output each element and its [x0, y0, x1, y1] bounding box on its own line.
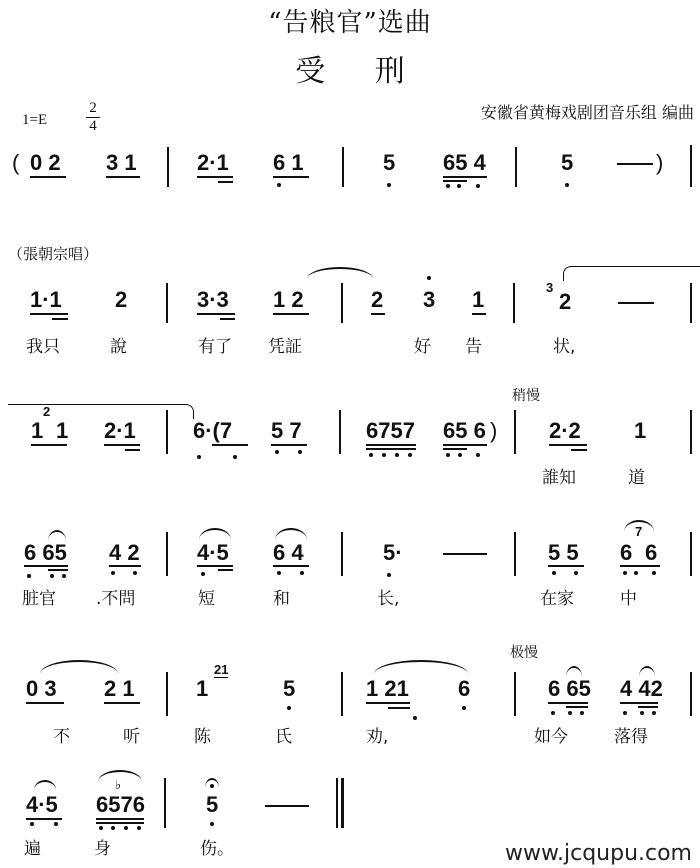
underline [566, 706, 588, 708]
low-octave-dot [565, 183, 569, 187]
barline [341, 532, 343, 576]
note-group: 4·5 [197, 540, 229, 566]
barline [166, 672, 168, 716]
underline [273, 313, 309, 315]
note: 1 [31, 418, 43, 444]
low-octave-dot [50, 574, 54, 578]
underline [273, 176, 309, 178]
low-octave-dot [462, 706, 466, 710]
barline [166, 410, 168, 454]
lyric: 說 [110, 332, 127, 357]
note-group: 6757 [366, 418, 415, 444]
low-octave-dot [275, 450, 279, 454]
lyric: 遍 [24, 834, 41, 859]
underline [620, 565, 660, 567]
underline [197, 313, 235, 315]
final-barline-thin [336, 778, 338, 828]
slur [566, 666, 582, 677]
underline [366, 702, 410, 704]
low-octave-dot [233, 455, 237, 459]
underline [24, 565, 68, 567]
note-group: 0 3 [26, 676, 57, 702]
paren-close: ) [490, 418, 497, 444]
lyric: 我只 [26, 332, 60, 357]
underline [638, 706, 658, 708]
low-octave-dot [457, 184, 461, 188]
low-octave-dot [580, 711, 584, 715]
underline [218, 569, 233, 571]
underline [548, 565, 584, 567]
underline [52, 318, 68, 320]
underline [371, 313, 385, 315]
lyric: 身 [94, 834, 111, 859]
underline [109, 565, 141, 567]
lyric: 状, [553, 332, 575, 357]
key-signature: 1=E [22, 112, 47, 129]
underline [271, 444, 307, 446]
note-group: 6 65 [24, 540, 67, 566]
low-octave-dot [652, 711, 656, 715]
barline [514, 532, 516, 576]
flat-sign: ♭ [115, 778, 121, 793]
slur [48, 530, 66, 541]
note: 1 [196, 676, 208, 702]
note-group: 4·5 [26, 792, 58, 818]
note-group: 5 5 [548, 540, 579, 566]
low-octave-dot [27, 574, 31, 578]
paren-open: ( [12, 150, 19, 176]
lyric: 凭証 [268, 332, 302, 357]
slur [275, 528, 307, 540]
underline [220, 318, 235, 320]
barline [514, 672, 516, 716]
underline [96, 818, 144, 820]
note-group: 6 4 [273, 540, 304, 566]
low-octave-dot [395, 453, 399, 457]
barline [690, 410, 692, 454]
low-octave-dot [133, 571, 137, 575]
extension-dash [265, 805, 309, 807]
barline [339, 410, 341, 454]
low-octave-dot [30, 822, 34, 826]
note: 2 [115, 287, 127, 313]
lyric: 道 [628, 463, 645, 488]
lyric: 伤。 [200, 834, 234, 859]
underline [197, 565, 233, 567]
low-octave-dot [111, 826, 115, 830]
paren-close: ) [656, 150, 663, 176]
note-group: 1 21 [366, 676, 409, 702]
note-group: 2·1 [104, 418, 136, 444]
underline [212, 444, 248, 446]
barline [167, 147, 169, 187]
note-group: 6·(7 [193, 418, 232, 444]
low-octave-dot [640, 711, 644, 715]
note: 1 [472, 287, 484, 313]
underline [48, 569, 68, 571]
note: 5 [206, 792, 218, 818]
low-octave-dot [99, 826, 103, 830]
time-numerator: 2 [86, 100, 100, 118]
low-octave-dot [408, 453, 412, 457]
barline [514, 410, 516, 454]
low-octave-dot [54, 822, 58, 826]
underline [273, 565, 309, 567]
note: 6 [458, 676, 470, 702]
lyric: 陈 [194, 722, 211, 747]
lyric: 中 [620, 584, 637, 609]
note-group: 6576 [96, 792, 145, 818]
note: 1 [634, 418, 646, 444]
note-group: 4 42 [620, 676, 663, 702]
note-group: 0 2 [30, 150, 61, 176]
barline [342, 147, 344, 187]
low-octave-dot [277, 183, 281, 187]
underline [30, 176, 66, 178]
grace-note: 2 [43, 404, 50, 419]
note: 5 [561, 150, 573, 176]
extension-dash [617, 163, 653, 165]
lyric: .不問 [96, 584, 135, 609]
note-group: 1·1 [30, 287, 62, 313]
low-octave-dot [476, 453, 480, 457]
note-group: 4 2 [109, 540, 140, 566]
barline [341, 672, 343, 716]
underline [443, 448, 467, 450]
low-octave-dot [62, 574, 66, 578]
note: 5 [383, 150, 395, 176]
tempo-marking: 极慢 [510, 642, 538, 662]
low-octave-dot [446, 184, 450, 188]
low-octave-dot [387, 183, 391, 187]
low-octave-dot [298, 450, 302, 454]
underline [620, 702, 658, 704]
slur [307, 267, 373, 279]
barline [690, 672, 692, 716]
lyric: 不 [53, 722, 70, 747]
note-group: 1 2 [273, 287, 304, 313]
underline [472, 313, 486, 315]
low-octave-dot [287, 706, 291, 710]
low-octave-dot [652, 571, 656, 575]
note: 5· [383, 540, 403, 566]
lyric: 告 [465, 332, 482, 357]
underline [104, 444, 140, 446]
underline [26, 818, 62, 820]
low-octave-dot [369, 453, 373, 457]
underline [218, 181, 233, 183]
low-octave-dot [634, 571, 638, 575]
barline [341, 283, 343, 323]
note: 2 [371, 287, 383, 313]
underline [443, 180, 467, 182]
slur [639, 666, 655, 677]
barline [166, 283, 168, 323]
underline [366, 448, 416, 450]
barline [513, 283, 515, 323]
note-group: 6 1 [273, 150, 304, 176]
note-group: 2·2 [549, 418, 581, 444]
low-octave-dot [623, 571, 627, 575]
underline [30, 313, 68, 315]
final-barline-thick [341, 778, 344, 828]
lyric: 如今 [534, 722, 568, 747]
underline [443, 176, 487, 178]
lyric: 落得 [614, 722, 648, 747]
underline [31, 444, 67, 446]
slur [374, 660, 468, 674]
lyric: 劝, [366, 722, 388, 747]
low-octave-dot [382, 453, 386, 457]
low-octave-dot [458, 453, 462, 457]
extension-dash [443, 553, 487, 555]
low-octave-dot [387, 573, 391, 577]
barline [690, 532, 692, 576]
extension-dash [618, 302, 654, 304]
barline [690, 145, 692, 187]
underline [388, 707, 410, 709]
underline [104, 702, 140, 704]
barline [166, 532, 168, 576]
low-octave-dot [197, 455, 201, 459]
low-octave-dot [277, 571, 281, 575]
score-title: 受 刑 [0, 46, 700, 90]
grace-note: 3 [546, 280, 553, 295]
underline [549, 444, 587, 446]
underline [443, 444, 487, 446]
score-subtitle: “告粮官”选曲 [0, 2, 700, 39]
low-octave-dot [552, 571, 556, 575]
barline [164, 778, 166, 828]
high-octave-dot [427, 276, 431, 280]
note: 2 [559, 289, 571, 315]
low-octave-dot [446, 453, 450, 457]
note-group: 3 1 [106, 150, 137, 176]
tempo-marking: 稍慢 [512, 385, 540, 405]
low-octave-dot [300, 571, 304, 575]
low-octave-dot [574, 571, 578, 575]
barline [690, 283, 692, 323]
low-octave-dot [623, 711, 627, 715]
underline [125, 449, 140, 451]
time-denominator: 4 [86, 118, 100, 135]
composer-credit: 安徽省黄梅戏剧团音乐组 编曲 [481, 100, 694, 123]
barline [515, 147, 517, 187]
underline [106, 176, 140, 178]
note-group: 2·1 [197, 150, 229, 176]
time-signature: 2 4 [86, 100, 100, 135]
underline [366, 444, 416, 446]
watermark: www.jcqupu.com [505, 841, 692, 866]
slur [199, 528, 231, 540]
lyric: 有了 [198, 332, 232, 357]
lyric: 和 [273, 584, 290, 609]
slur [40, 660, 118, 674]
fermata-dot [210, 784, 214, 788]
lyric: 长, [377, 584, 399, 609]
lyric: 听 [123, 722, 140, 747]
low-octave-dot [210, 822, 214, 826]
lyric: 好 [414, 332, 431, 357]
lyric: 脏官 [22, 584, 56, 609]
singer-label: （張朝宗唱） [8, 243, 98, 264]
low-octave-dot [201, 572, 205, 576]
low-octave-dot [551, 711, 555, 715]
low-octave-dot [124, 826, 128, 830]
note-group: 6 65 [548, 676, 591, 702]
underline [571, 449, 587, 451]
note: 3 [423, 287, 435, 313]
underline [26, 702, 64, 704]
underline [96, 822, 144, 824]
low-octave-dot [137, 826, 141, 830]
note: 6 [620, 540, 632, 566]
slur [34, 780, 56, 790]
lyric: 短 [198, 584, 215, 609]
note-group: 3·3 [197, 287, 229, 313]
grace-note: 7 [635, 524, 642, 539]
note-group: 5 7 [271, 418, 302, 444]
lyric: 氏 [275, 722, 292, 747]
note-group: 65 4 [443, 150, 486, 176]
note: 5 [283, 676, 295, 702]
low-octave-dot [111, 571, 115, 575]
note: 1 [56, 418, 68, 444]
lyric: 在家 [540, 584, 574, 609]
note: 6 [645, 540, 657, 566]
note-group: 65 6 [443, 418, 486, 444]
low-octave-dot [568, 711, 572, 715]
tie [563, 266, 700, 281]
grace-note: 21 [214, 662, 228, 678]
lyric: 誰知 [542, 463, 576, 488]
note-group: 2 1 [104, 676, 135, 702]
underline [548, 702, 588, 704]
underline [197, 176, 233, 178]
low-octave-dot [413, 716, 417, 720]
low-octave-dot [476, 184, 480, 188]
